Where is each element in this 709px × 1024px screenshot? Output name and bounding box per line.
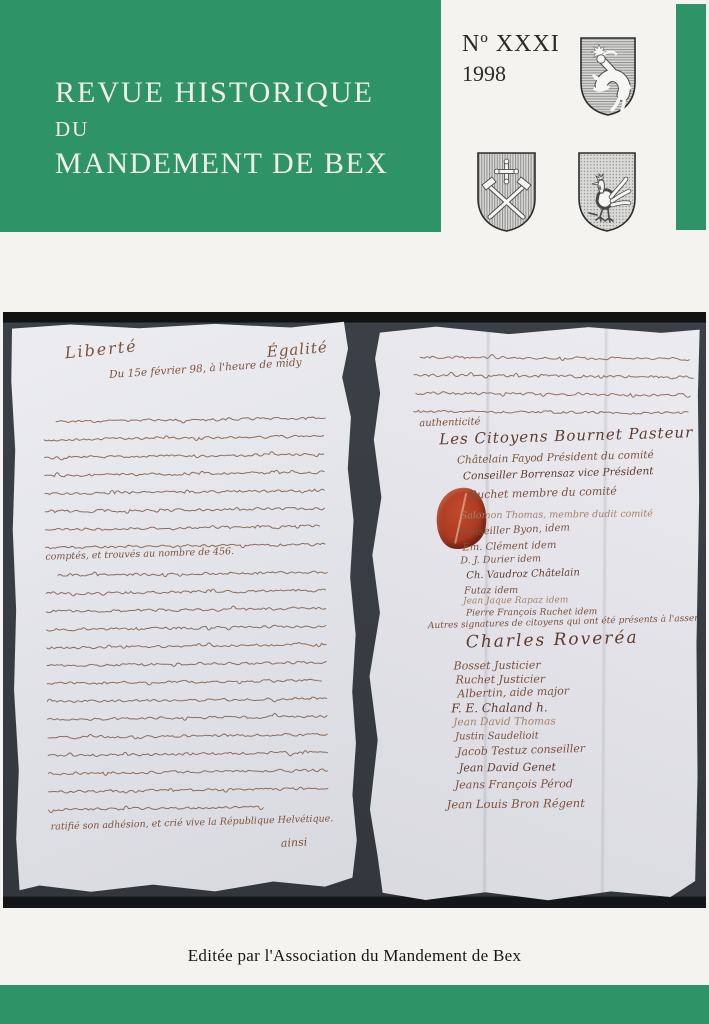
issue-year: 1998 [462, 63, 560, 85]
handwriting-stroke [48, 769, 328, 776]
title-line-1: REVUE HISTORIQUE [55, 78, 388, 108]
handwriting-stroke [45, 524, 320, 531]
title-line-2: DU [55, 119, 388, 140]
cross-and-hammers-shield-icon [476, 151, 537, 234]
signature-text: Jeans François Pérod [455, 777, 573, 791]
handwriting-stroke [48, 787, 328, 795]
accent-stripe [676, 4, 706, 230]
handwriting-stroke [414, 372, 694, 379]
handwriting-stroke [47, 713, 327, 722]
handwriting-stroke [44, 470, 324, 478]
handwriting-stroke [416, 391, 691, 397]
handwriting-stroke [58, 569, 328, 578]
signature-text: Jean Louis Bron Régent [447, 796, 585, 811]
handwriting-stroke [47, 661, 327, 668]
manuscript-left-page: LibertéÉgalitéDu 15e février 98, à l'heu… [9, 320, 360, 896]
handwriting-stroke [56, 417, 326, 425]
handwriting-stroke [44, 451, 324, 460]
manuscript-photograph: LibertéÉgalitéDu 15e février 98, à l'heu… [3, 312, 706, 908]
magazine-cover: REVUE HISTORIQUE DU MANDEMENT DE BEX Nº … [0, 0, 709, 1024]
signature-text: Jean Jaque Rapaz idem [463, 595, 568, 606]
handwriting-stroke [46, 588, 326, 596]
issue-block: Nº XXXI 1998 [462, 31, 560, 85]
manuscript-right-page: authenticitéLes Citoyens Bournet Pasteur… [366, 324, 701, 904]
handwriting-stroke [413, 410, 688, 415]
masthead-band: REVUE HISTORIQUE DU MANDEMENT DE BEX [0, 0, 441, 232]
handwriting-stroke [44, 434, 324, 442]
signature-text: Jean David Thomas [453, 715, 556, 728]
imprint-text: Editée par l'Association du Mandement de… [0, 946, 709, 966]
handwriting-stroke [420, 354, 690, 361]
handwriting-stroke [47, 679, 322, 686]
signature-text: Ruchet Justicier [455, 673, 545, 687]
signature-text: D. J. Durier idem [460, 553, 541, 566]
handwriting-lines [9, 320, 360, 896]
handwriting-stroke [48, 732, 328, 740]
footer-band [0, 985, 709, 1024]
issue-number: Nº XXXI [462, 31, 560, 57]
signature-text: Futaz idem [464, 585, 518, 597]
signature-text: F. E. Chaland h. [451, 700, 547, 715]
opening-word: authenticité [419, 416, 480, 429]
signature-text: Pierre François Ruchet idem [466, 607, 597, 618]
handwriting-stroke [45, 507, 325, 515]
signature-text: Bosset Justicier [454, 659, 541, 673]
handwriting-stroke [48, 750, 328, 759]
handwriting-stroke [47, 696, 327, 705]
rooster-shield-icon [577, 151, 637, 234]
signature-text: Salomon Thomas, membre dudit comité [461, 508, 653, 521]
magazine-title: REVUE HISTORIQUE DU MANDEMENT DE BEX [55, 78, 388, 179]
title-line-3: MANDEMENT DE BEX [55, 149, 388, 179]
handwriting-stroke [46, 625, 326, 632]
handwriting-stroke [45, 488, 325, 496]
handwriting-stroke [46, 605, 326, 613]
handwriting-stroke [48, 804, 263, 812]
signature-text: Justin Saudelioit [455, 731, 539, 743]
handwriting-stroke [46, 642, 326, 650]
signature-text: Jean David Genet [459, 760, 556, 774]
bex-ibex-shield-icon [579, 36, 637, 118]
closing-word: ainsi [281, 836, 308, 850]
